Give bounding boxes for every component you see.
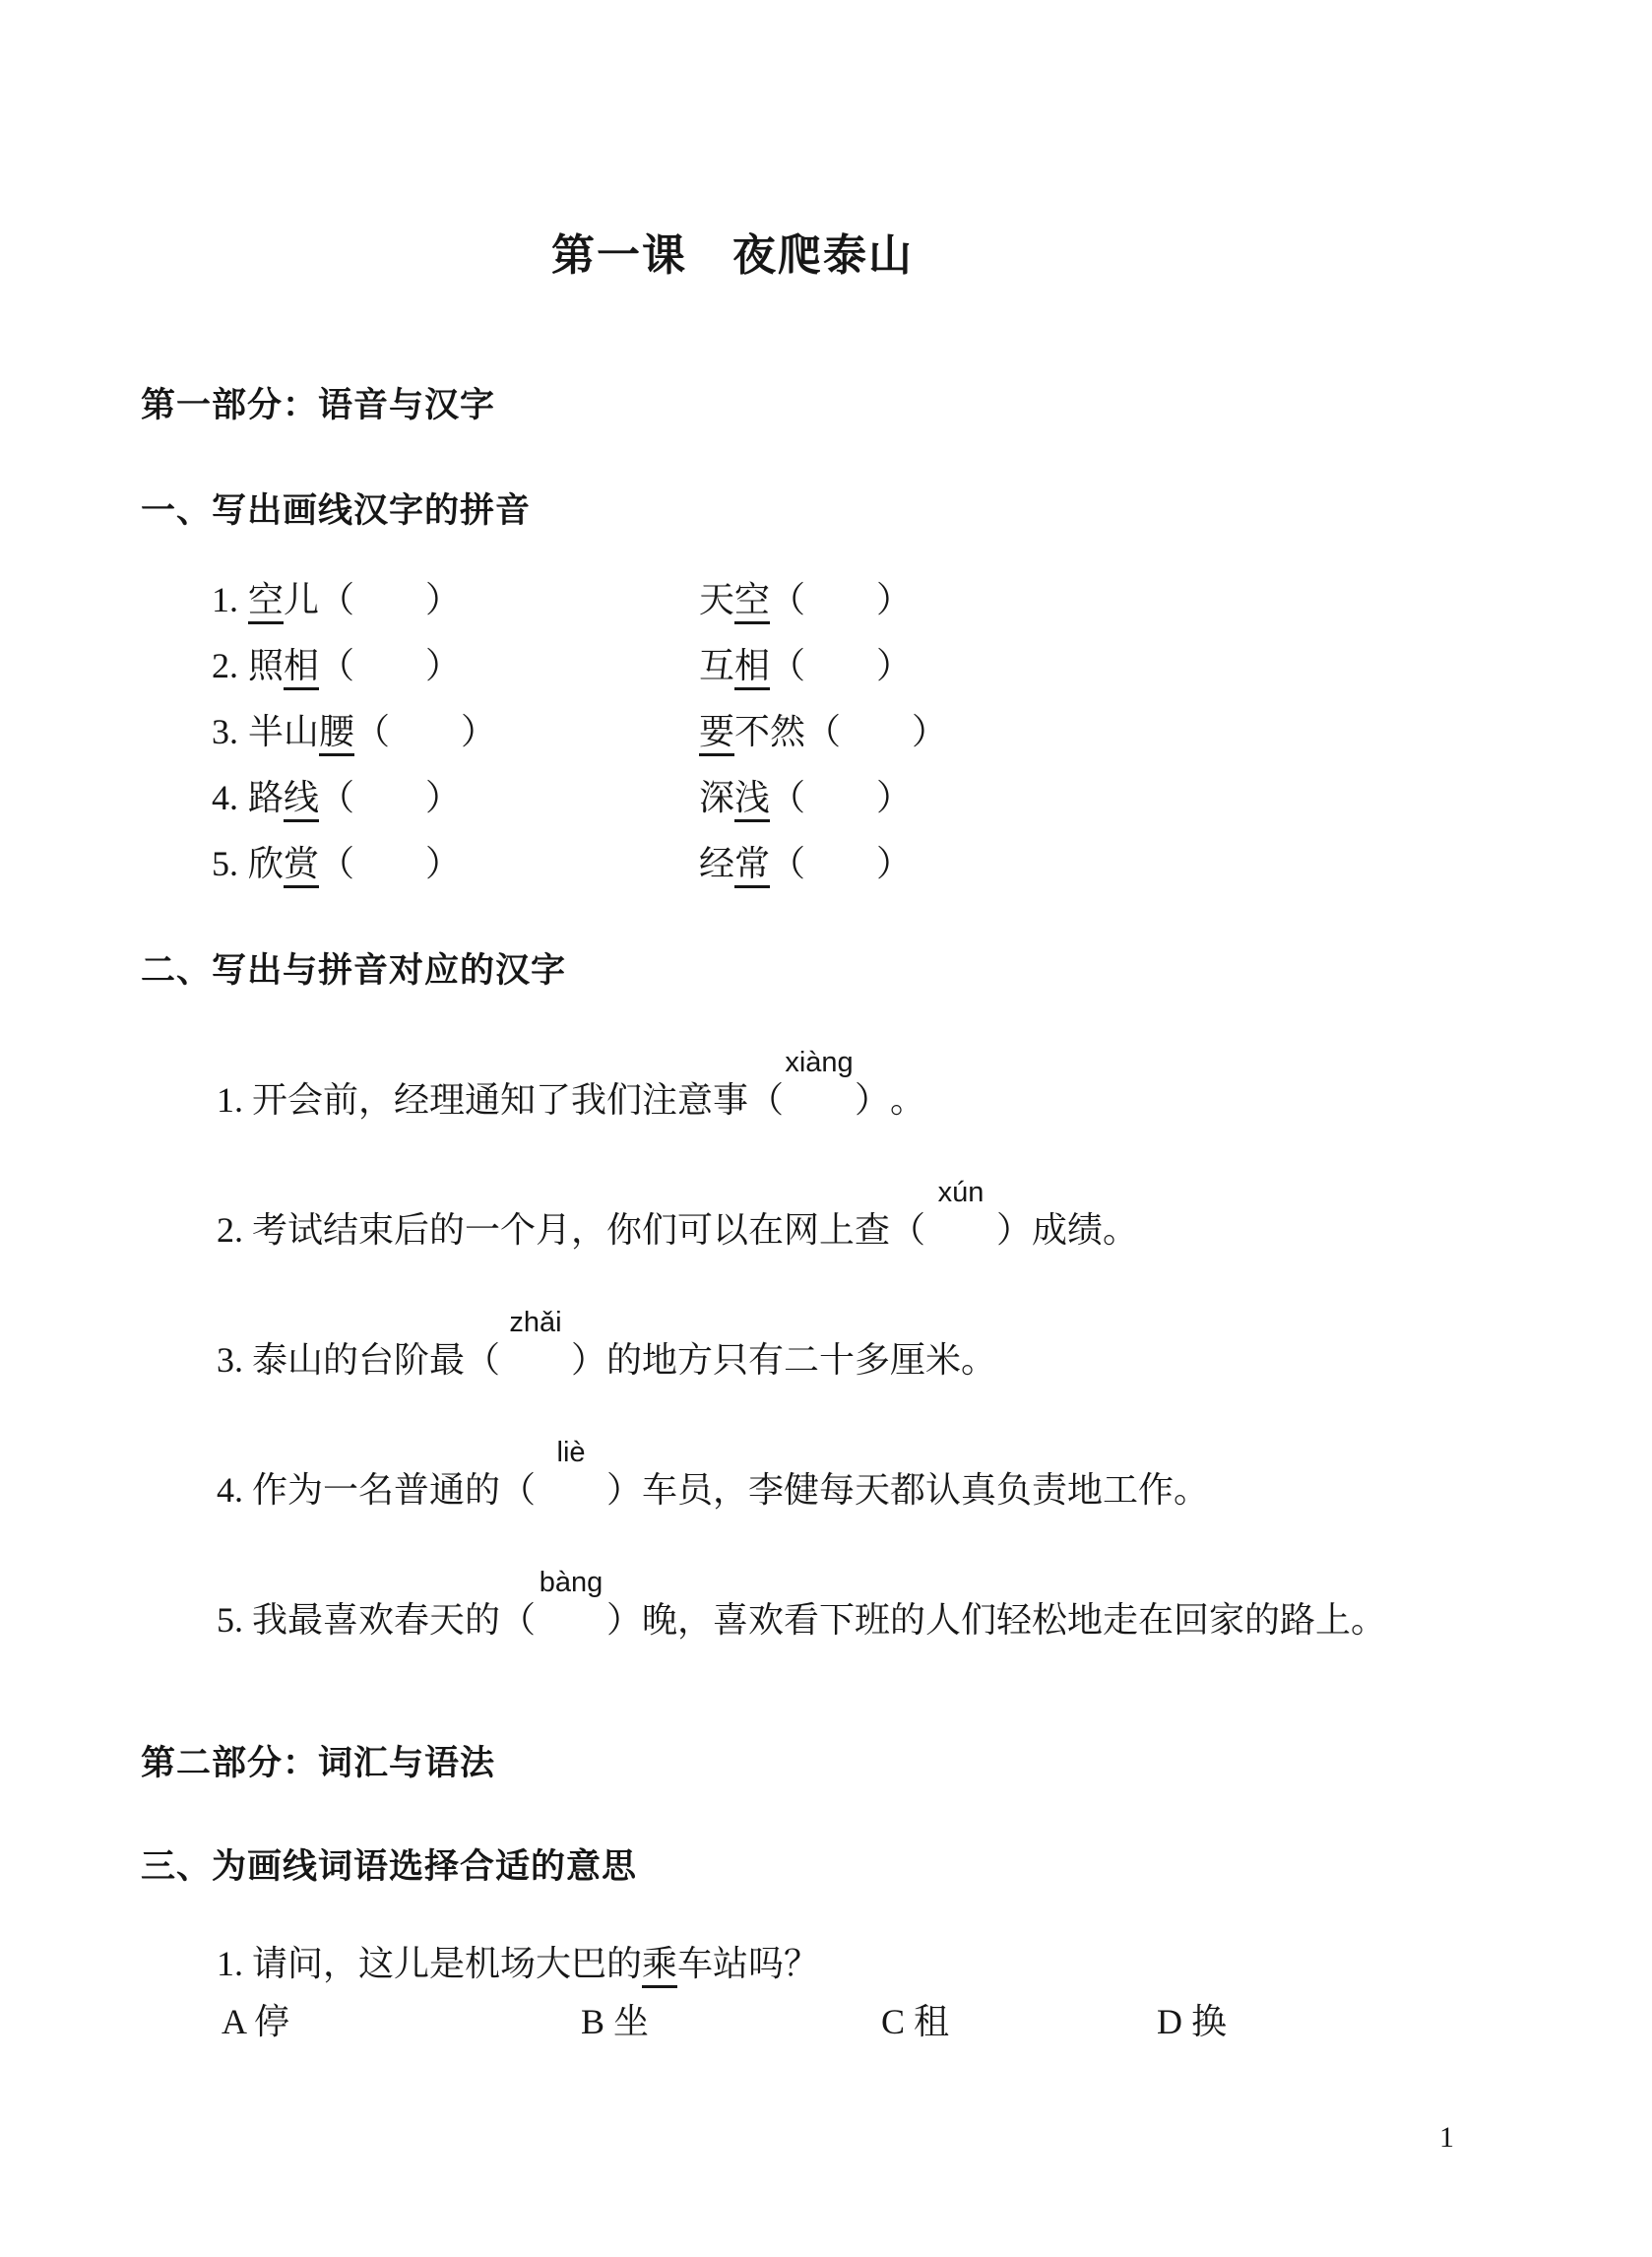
exercise-item-1-right: 天空（ ） (699, 567, 1652, 633)
sentence-post: 车站吗？ (677, 1944, 819, 1983)
item-number: 2. (212, 646, 238, 685)
underlined-char: 相 (734, 646, 770, 690)
pinyin-hint: zhǎi (509, 1305, 561, 1340)
item-number: 5. (212, 844, 238, 883)
page-number: 1 (1439, 2121, 1454, 2155)
sentence-pre: 3. 泰山的台阶最 (217, 1340, 465, 1380)
answer-blank-group: bàng（ ） (500, 1596, 642, 1644)
answer-blank: （ ） (748, 1080, 890, 1120)
option-b: B 坐 (581, 1998, 881, 2045)
exercise-item-2-left: 2.照相（ ） (212, 633, 699, 699)
answer-blank-group: zhǎi（ ） (465, 1336, 606, 1384)
sentence-post: 车员，李健每天都认真负责地工作。 (642, 1470, 1209, 1510)
item-number: 3. (212, 712, 238, 751)
answer-blank: （ ） (890, 1210, 1032, 1250)
section1-heading: 一、写出画线汉字的拼音 (141, 490, 1652, 532)
answer-blank: （ ） (354, 712, 496, 751)
answer-blank-group: xiàng（ ） (748, 1076, 890, 1124)
exercise-sentence-1: 1. 开会前，经理通知了我们注意事xiàng（ ）。 (217, 1033, 1593, 1124)
word-pre: 深 (699, 778, 734, 817)
underlined-char: 赏 (284, 844, 319, 888)
exercise-item-5-right: 经常（ ） (699, 831, 1652, 897)
option-a: A 停 (222, 1998, 581, 2045)
sentence-post: 晚，喜欢看下班的人们轻松地走在回家的路上。 (642, 1600, 1386, 1640)
exercise-sentence-5: 5. 我最喜欢春天的bàng（ ）晚，喜欢看下班的人们轻松地走在回家的路上。 (217, 1553, 1593, 1644)
exercise-item-3-left: 3.半山腰（ ） (212, 699, 699, 765)
sentence-post: 成绩。 (1032, 1210, 1138, 1250)
answer-blank: （ ） (319, 646, 461, 685)
answer-blank: （ ） (805, 712, 947, 751)
sentence-pre: 1. 请问，这儿是机场大巴的 (217, 1944, 642, 1983)
part1-heading: 第一部分：语音与汉字 (141, 385, 1652, 426)
part2-heading: 第二部分：词汇与语法 (141, 1743, 1652, 1784)
underlined-char: 常 (734, 844, 770, 888)
exercise-item-4-right: 深浅（ ） (699, 765, 1652, 831)
exercise-sentence-3: 3. 泰山的台阶最zhǎi（ ）的地方只有二十多厘米。 (217, 1293, 1593, 1384)
option-c: C 租 (881, 1998, 1157, 2045)
pinyin-hint: xún (938, 1175, 985, 1210)
answer-blank: （ ） (319, 844, 461, 883)
answer-blank: （ ） (770, 844, 912, 883)
answer-blank: （ ） (465, 1340, 606, 1380)
exercise-item-3-right: 要不然（ ） (699, 699, 1652, 765)
section3-heading: 三、为画线词语选择合适的意思 (141, 1846, 1652, 1888)
underlined-char: 腰 (319, 712, 354, 756)
pinyin-hint: xiàng (785, 1045, 853, 1080)
answer-blank: （ ） (319, 580, 461, 619)
underlined-char: 线 (284, 778, 319, 822)
item-number: 1. (212, 580, 238, 619)
sentence-pre: 4. 作为一名普通的 (217, 1470, 500, 1510)
underlined-char: 相 (284, 646, 319, 690)
exercise-item-1-left: 1.空儿（ ） (212, 567, 699, 633)
exercise-sentence-4: 4. 作为一名普通的liè（ ）车员，李健每天都认真负责地工作。 (217, 1423, 1593, 1514)
sentence-pre: 2. 考试结束后的一个月，你们可以在网上查 (217, 1210, 890, 1250)
exercise-item-5-left: 5.欣赏（ ） (212, 831, 699, 897)
underlined-char: 乘 (642, 1944, 677, 1988)
word-pre: 互 (699, 646, 734, 685)
word-pre: 路 (248, 778, 284, 817)
answer-blank: （ ） (500, 1470, 642, 1510)
option-d: D 换 (1157, 1998, 1227, 2045)
word-pre: 欣 (248, 844, 284, 883)
word-pre: 经 (699, 844, 734, 883)
word-pre: 半山 (248, 712, 319, 751)
exercise-question-1: 1. 请问，这儿是机场大巴的乘车站吗？ (217, 1940, 1652, 1987)
underlined-char: 浅 (734, 778, 770, 822)
pinyin-hint: liè (557, 1435, 586, 1470)
answer-blank: （ ） (319, 778, 461, 817)
exercise-sentence-2: 2. 考试结束后的一个月，你们可以在网上查xún（ ）成绩。 (217, 1163, 1593, 1254)
sentence-pre: 5. 我最喜欢春天的 (217, 1600, 500, 1640)
pinyin-hint: bàng (540, 1565, 604, 1600)
underlined-char: 要 (699, 712, 734, 756)
exercise-item-2-right: 互相（ ） (699, 633, 1652, 699)
word-pre: 照 (248, 646, 284, 685)
sentence-pre: 1. 开会前，经理通知了我们注意事 (217, 1080, 748, 1120)
word-post: 儿 (284, 580, 319, 619)
sentence-post: 。 (890, 1080, 925, 1120)
answer-blank-group: liè（ ） (500, 1466, 642, 1514)
item-number: 4. (212, 778, 238, 817)
underlined-char: 空 (248, 580, 284, 624)
word-pre: 天 (699, 580, 734, 619)
answer-blank: （ ） (770, 778, 912, 817)
section1-exercise-grid: 1.空儿（ ） 天空（ ） 2.照相（ ） 互相（ ） 3.半山腰（ ） 要不然… (212, 567, 1652, 897)
section2-heading: 二、写出与拼音对应的汉字 (141, 950, 1652, 992)
answer-blank-group: xún（ ） (890, 1206, 1032, 1254)
answer-blank: （ ） (770, 580, 912, 619)
answer-options-row: A 停B 坐C 租D 换 (222, 1998, 1652, 2045)
answer-blank: （ ） (770, 646, 912, 685)
answer-blank: （ ） (500, 1600, 642, 1640)
sentence-post: 的地方只有二十多厘米。 (606, 1340, 996, 1380)
underlined-char: 空 (734, 580, 770, 624)
page-title: 第一课 夜爬泰山 (0, 232, 1465, 280)
word-post: 不然 (734, 712, 805, 751)
exercise-item-4-left: 4.路线（ ） (212, 765, 699, 831)
